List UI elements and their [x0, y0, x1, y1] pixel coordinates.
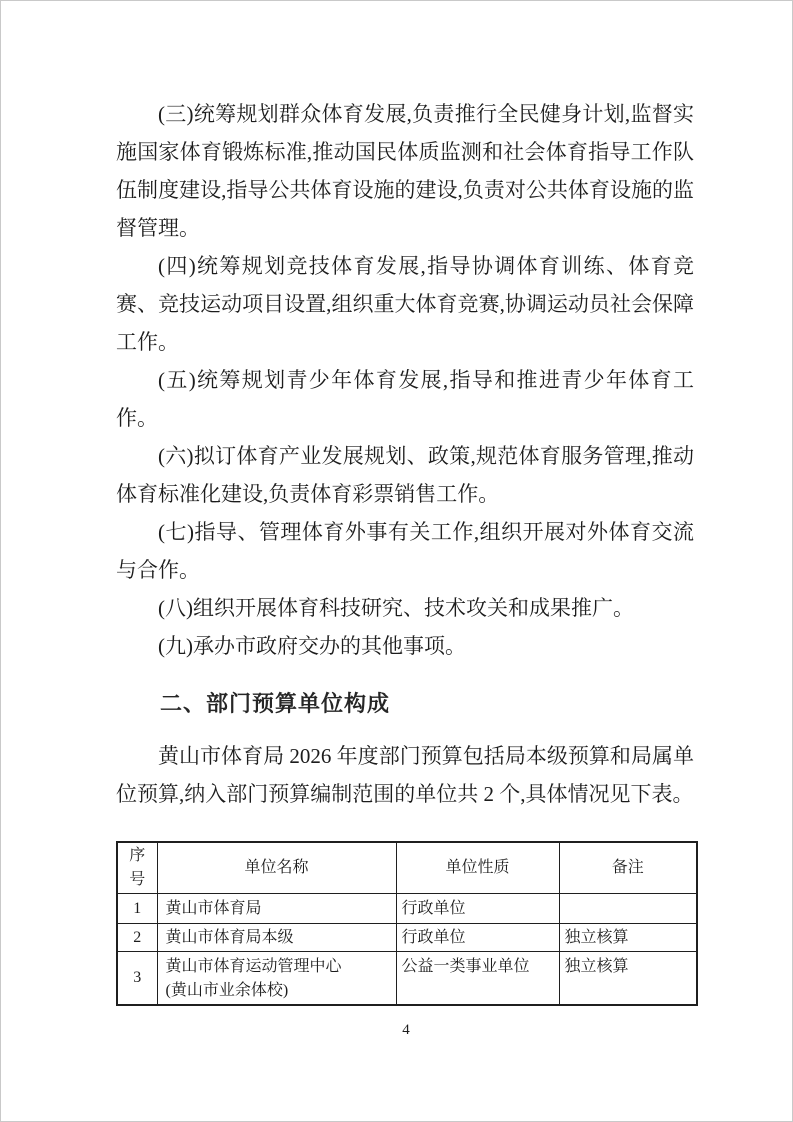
paragraph-duty-6: (六)拟订体育产业发展规划、政策,规范体育服务管理,推动体育标准化建设,负责体育…: [116, 437, 694, 513]
paragraph-duty-8: (八)组织开展体育科技研究、技术攻关和成果推广。: [116, 589, 694, 627]
cell-unit-nature: 公益一类事业单位: [396, 952, 559, 1006]
cell-seq: 3: [117, 952, 157, 1006]
paragraph-duty-7: (七)指导、管理体育外事有关工作,组织开展对外体育交流与合作。: [116, 513, 694, 589]
header-note: 备注: [559, 842, 697, 894]
table-row: 2 黄山市体育局本级 行政单位 独立核算: [117, 924, 697, 952]
cell-unit-name: 黄山市体育局本级: [157, 924, 396, 952]
table-row: 3 黄山市体育运动管理中心 (黄山市业余体校) 公益一类事业单位 独立核算: [117, 952, 697, 1006]
table-row: 1 黄山市体育局 行政单位: [117, 894, 697, 924]
cell-unit-name: 黄山市体育运动管理中心 (黄山市业余体校): [157, 952, 396, 1006]
cell-unit-name: 黄山市体育局: [157, 894, 396, 924]
cell-note: 独立核算: [559, 924, 697, 952]
document-page: (三)统筹规划群众体育发展,负责推行全民健身计划,监督实施国家体育锻炼标准,推动…: [0, 0, 793, 1122]
cell-unit-nature: 行政单位: [396, 924, 559, 952]
paragraph-duty-4: (四)统筹规划竞技体育发展,指导协调体育训练、体育竞赛、竞技运动项目设置,组织重…: [116, 247, 694, 361]
table-header-row: 序号 单位名称 单位性质 备注: [117, 842, 697, 894]
budget-units-table: 序号 单位名称 单位性质 备注 1 黄山市体育局 行政单位 2 黄山市体育局本级…: [116, 841, 698, 1006]
section-heading: 二、部门预算单位构成: [116, 685, 694, 723]
intro-paragraph: 黄山市体育局 2026 年度部门预算包括局本级预算和局属单位预算,纳入部门预算编…: [116, 737, 694, 813]
cell-note: 独立核算: [559, 952, 697, 1006]
text-block: (三)统筹规划群众体育发展,负责推行全民健身计划,监督实施国家体育锻炼标准,推动…: [1, 1, 792, 1040]
header-seq: 序号: [117, 842, 157, 894]
paragraph-duty-3: (三)统筹规划群众体育发展,负责推行全民健身计划,监督实施国家体育锻炼标准,推动…: [116, 95, 694, 247]
paragraph-duty-9: (九)承办市政府交办的其他事项。: [116, 627, 694, 665]
unit-name-line-2: (黄山市业余体校): [166, 979, 391, 1003]
page-number: 4: [116, 1020, 696, 1040]
unit-name-line-1: 黄山市体育运动管理中心: [166, 955, 391, 979]
cell-seq: 1: [117, 894, 157, 924]
paragraph-duty-5: (五)统筹规划青少年体育发展,指导和推进青少年体育工作。: [116, 361, 694, 437]
cell-seq: 2: [117, 924, 157, 952]
cell-unit-nature: 行政单位: [396, 894, 559, 924]
header-unit-nature: 单位性质: [396, 842, 559, 894]
cell-note: [559, 894, 697, 924]
header-unit-name: 单位名称: [157, 842, 396, 894]
